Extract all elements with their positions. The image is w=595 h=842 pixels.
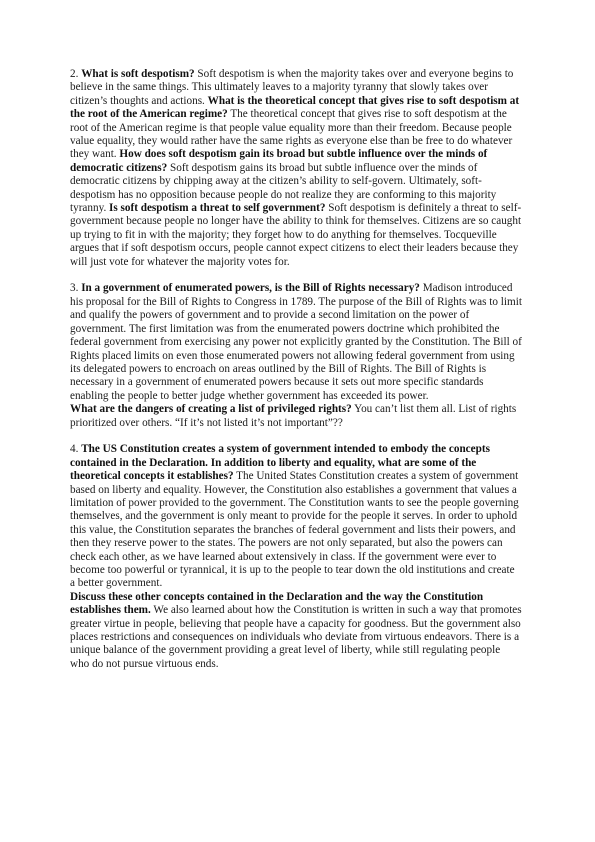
- section-3-followup-paragraph: What are the dangers of creating a list …: [70, 403, 522, 430]
- answer-text: Madison introduced his proposal for the …: [70, 282, 522, 401]
- section-number: 3.: [70, 282, 78, 294]
- section-4-paragraph: 4. The US Constitution creates a system …: [70, 443, 522, 590]
- document-page: 2. What is soft despotism? Soft despotis…: [70, 68, 522, 671]
- section-3-paragraph: 3. In a government of enumerated powers,…: [70, 282, 522, 403]
- section-number: 4.: [70, 443, 78, 455]
- paragraph-spacer: [70, 269, 522, 282]
- question-what-is-soft-despotism: What is soft despotism?: [81, 68, 194, 80]
- question-bill-of-rights-necessary: In a government of enumerated powers, is…: [81, 282, 420, 294]
- section-number: 2.: [70, 68, 78, 80]
- question-threat-to-self-government: Is soft despotism a threat to self gover…: [109, 202, 325, 214]
- answer-text: The United States Constitution creates a…: [70, 470, 519, 589]
- paragraph-spacer: [70, 430, 522, 443]
- question-dangers-privileged-rights: What are the dangers of creating a list …: [70, 403, 352, 415]
- section-4-followup-paragraph: Discuss these other concepts contained i…: [70, 591, 522, 671]
- section-2-paragraph: 2. What is soft despotism? Soft despotis…: [70, 68, 522, 269]
